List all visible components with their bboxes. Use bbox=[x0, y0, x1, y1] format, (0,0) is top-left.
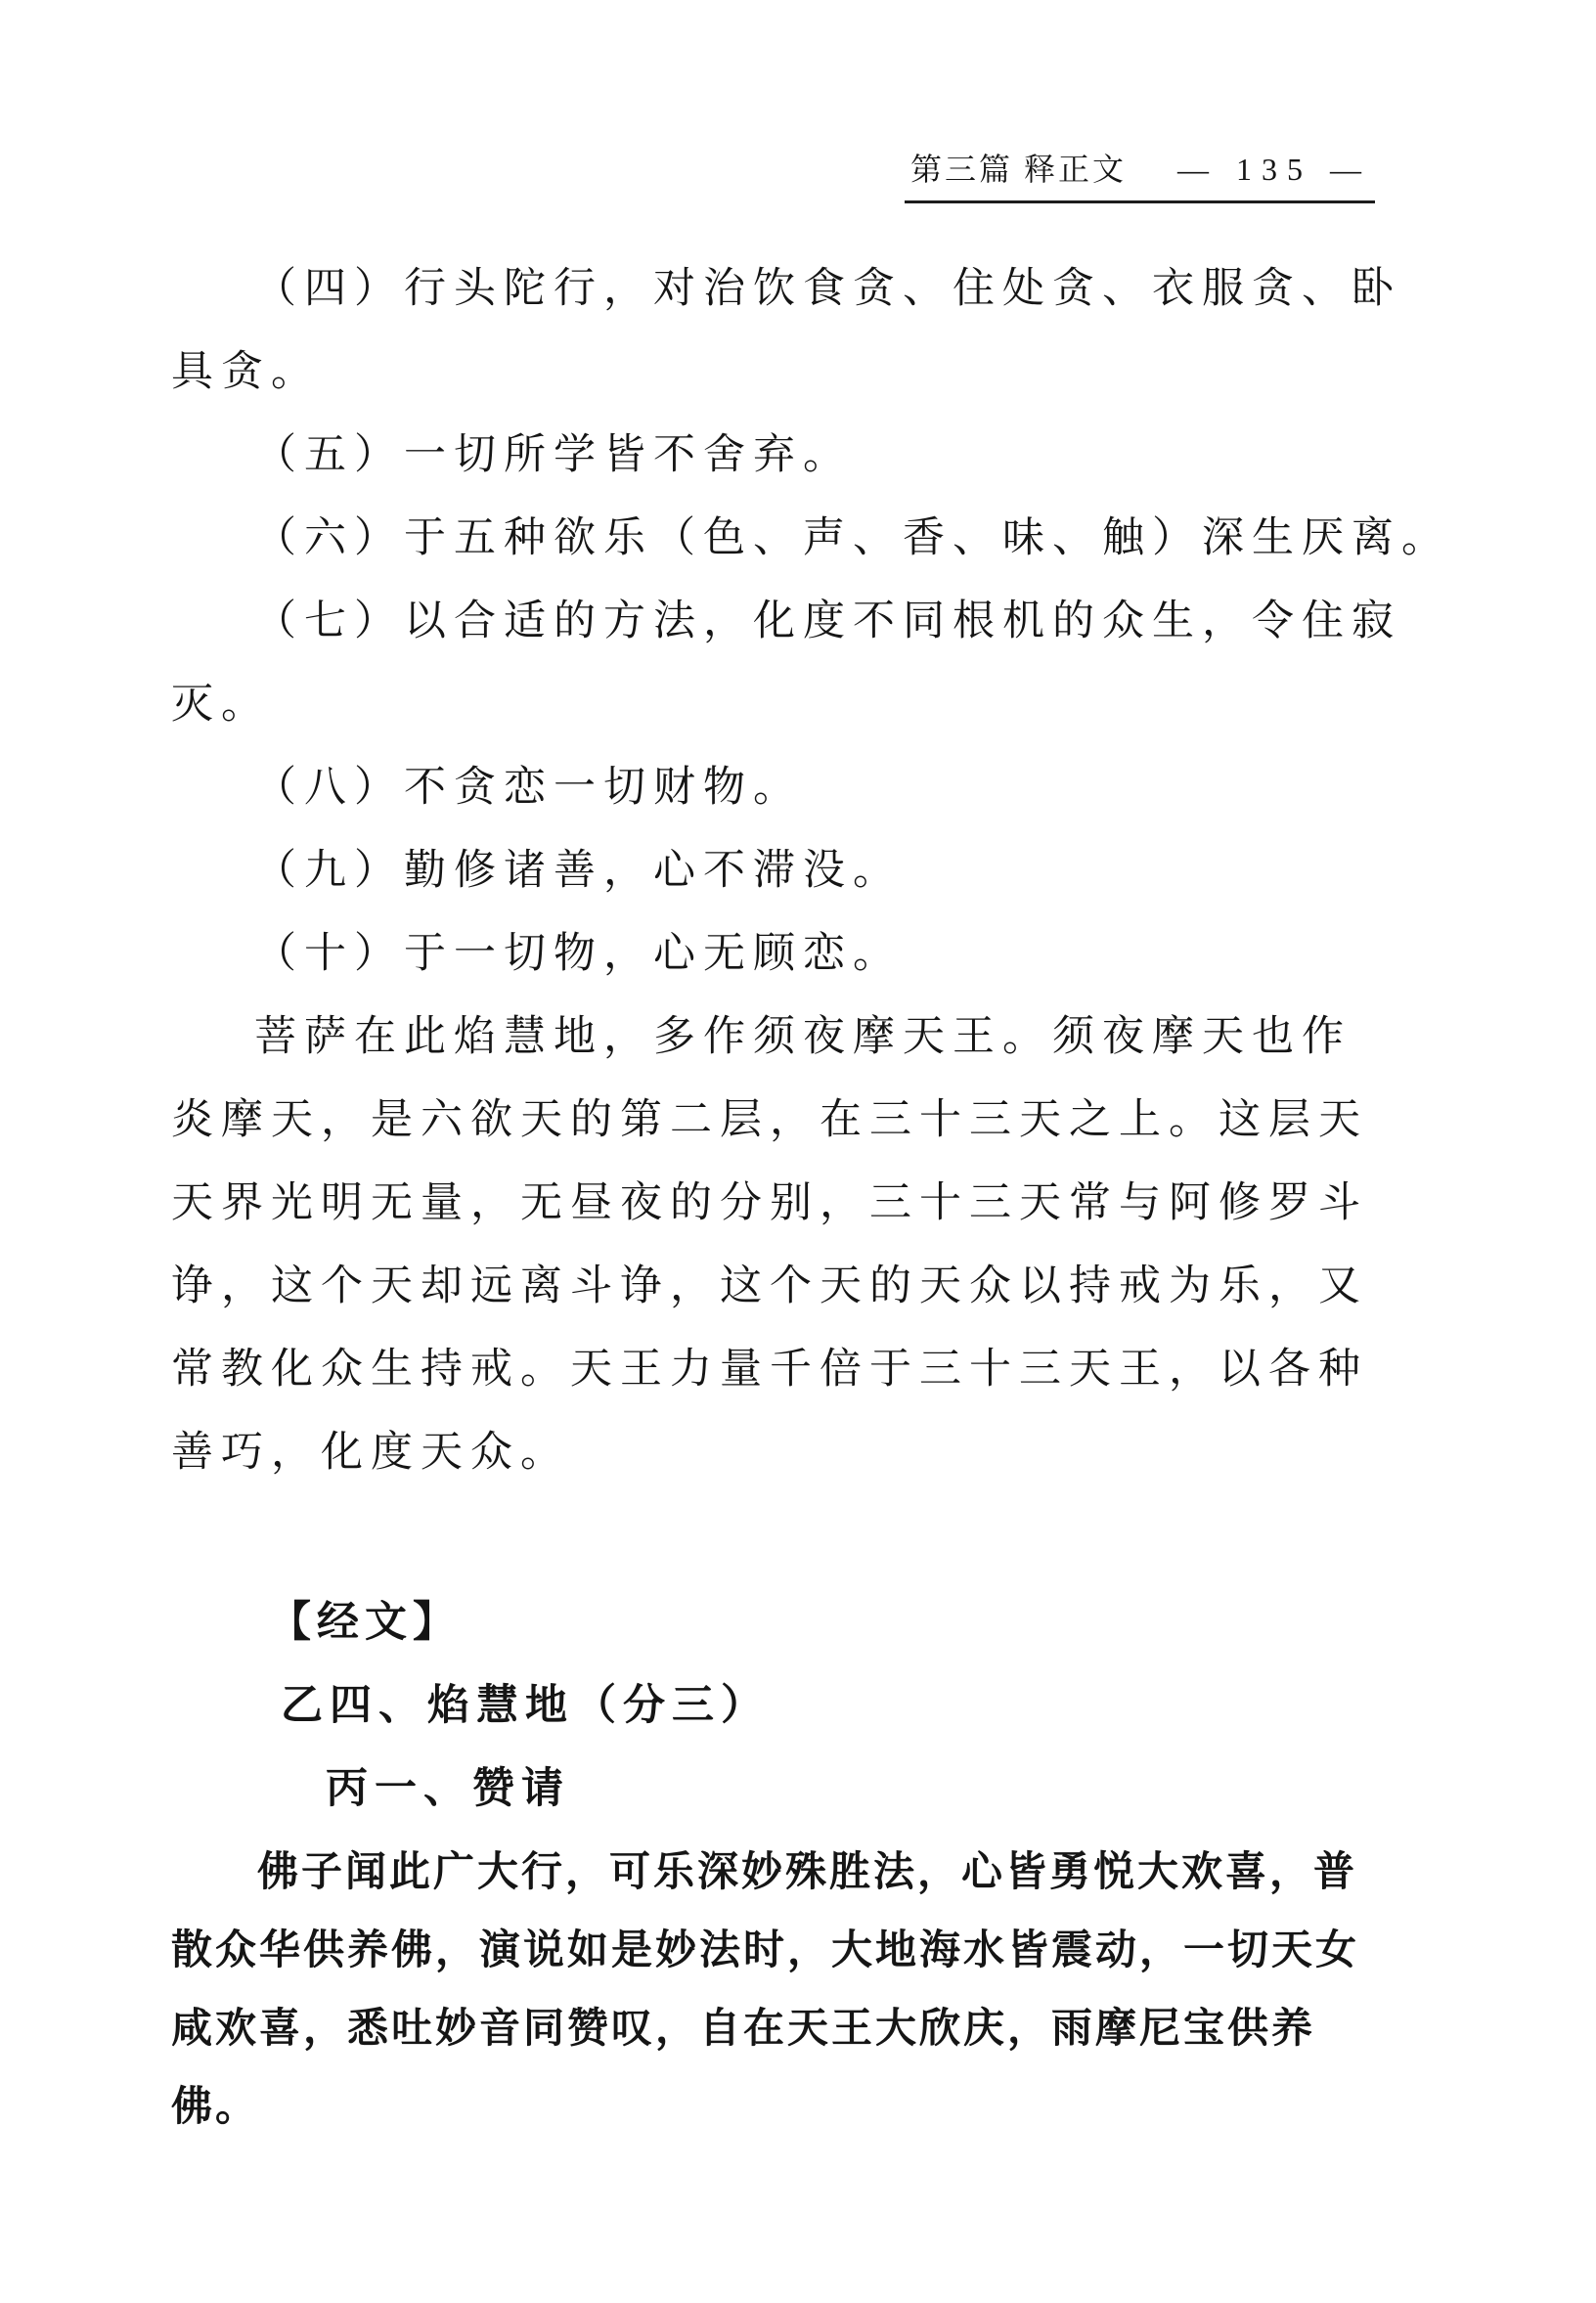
commentary-line: 具贪。 bbox=[171, 331, 1384, 414]
commentary-block: （四）行头陀行，对治饮食贪、住处贪、衣服贪、卧 具贪。 （五）一切所学皆不舍弃。… bbox=[171, 247, 1384, 1494]
commentary-line: （六）于五种欲乐（色、声、香、味、触）深生厌离。 bbox=[171, 497, 1384, 580]
commentary-line: 天界光明无量，无昼夜的分别，三十三天常与阿修罗斗 bbox=[171, 1162, 1384, 1245]
sutra-line: 散众华供养佛，演说如是妙法时，大地海水皆震动，一切天女 bbox=[171, 1911, 1384, 1989]
page-number: — 135 — bbox=[1177, 152, 1371, 187]
sutra-line: 佛。 bbox=[171, 2067, 1384, 2146]
outline-heading-yi-four: 乙四、焰慧地（分三） bbox=[171, 1664, 1384, 1748]
commentary-line: 善巧，化度天众。 bbox=[171, 1411, 1384, 1494]
commentary-line: 灭。 bbox=[171, 663, 1384, 746]
commentary-line: （七）以合适的方法，化度不同根机的众生，令住寂 bbox=[171, 580, 1384, 663]
commentary-line: （四）行头陀行，对治饮食贪、住处贪、衣服贪、卧 bbox=[171, 247, 1384, 331]
book-page: 第三篇 释正文— 135 — （四）行头陀行，对治饮食贪、住处贪、衣服贪、卧 具… bbox=[0, 0, 1596, 2303]
commentary-line: （八）不贪恋一切财物。 bbox=[171, 746, 1384, 829]
commentary-line: （五）一切所学皆不舍弃。 bbox=[171, 414, 1384, 497]
page-content: （四）行头陀行，对治饮食贪、住处贪、衣服贪、卧 具贪。 （五）一切所学皆不舍弃。… bbox=[171, 247, 1384, 2146]
commentary-line: （十）于一切物，心无顾恋。 bbox=[171, 912, 1384, 996]
commentary-line: 诤，这个天却远离斗诤，这个天的天众以持戒为乐，又 bbox=[171, 1245, 1384, 1328]
sutra-section-label: 【经文】 bbox=[171, 1581, 1384, 1664]
commentary-line: 炎摩天，是六欲天的第二层，在三十三天之上。这层天 bbox=[171, 1079, 1384, 1162]
running-title: 第三篇 释正文 bbox=[910, 152, 1127, 187]
sutra-block: 佛子闻此广大行，可乐深妙殊胜法，心皆勇悦大欢喜，普 散众华供养佛，演说如是妙法时… bbox=[171, 1833, 1384, 2146]
sutra-line: 佛子闻此广大行，可乐深妙殊胜法，心皆勇悦大欢喜，普 bbox=[171, 1833, 1384, 1911]
commentary-line: 常教化众生持戒。天王力量千倍于三十三天王，以各种 bbox=[171, 1328, 1384, 1411]
outline-heading-bing-one: 丙一、赞请 bbox=[171, 1748, 1384, 1831]
commentary-line: （九）勤修诸善，心不滞没。 bbox=[171, 829, 1384, 912]
sutra-line: 咸欢喜，悉吐妙音同赞叹，自在天王大欣庆，雨摩尼宝供养 bbox=[171, 1989, 1384, 2067]
page-header: 第三篇 释正文— 135 — bbox=[905, 145, 1375, 203]
section-headings: 【经文】 乙四、焰慧地（分三） 丙一、赞请 bbox=[171, 1581, 1384, 1831]
commentary-line: 菩萨在此焰慧地，多作须夜摩天王。须夜摩天也作 bbox=[171, 996, 1384, 1079]
